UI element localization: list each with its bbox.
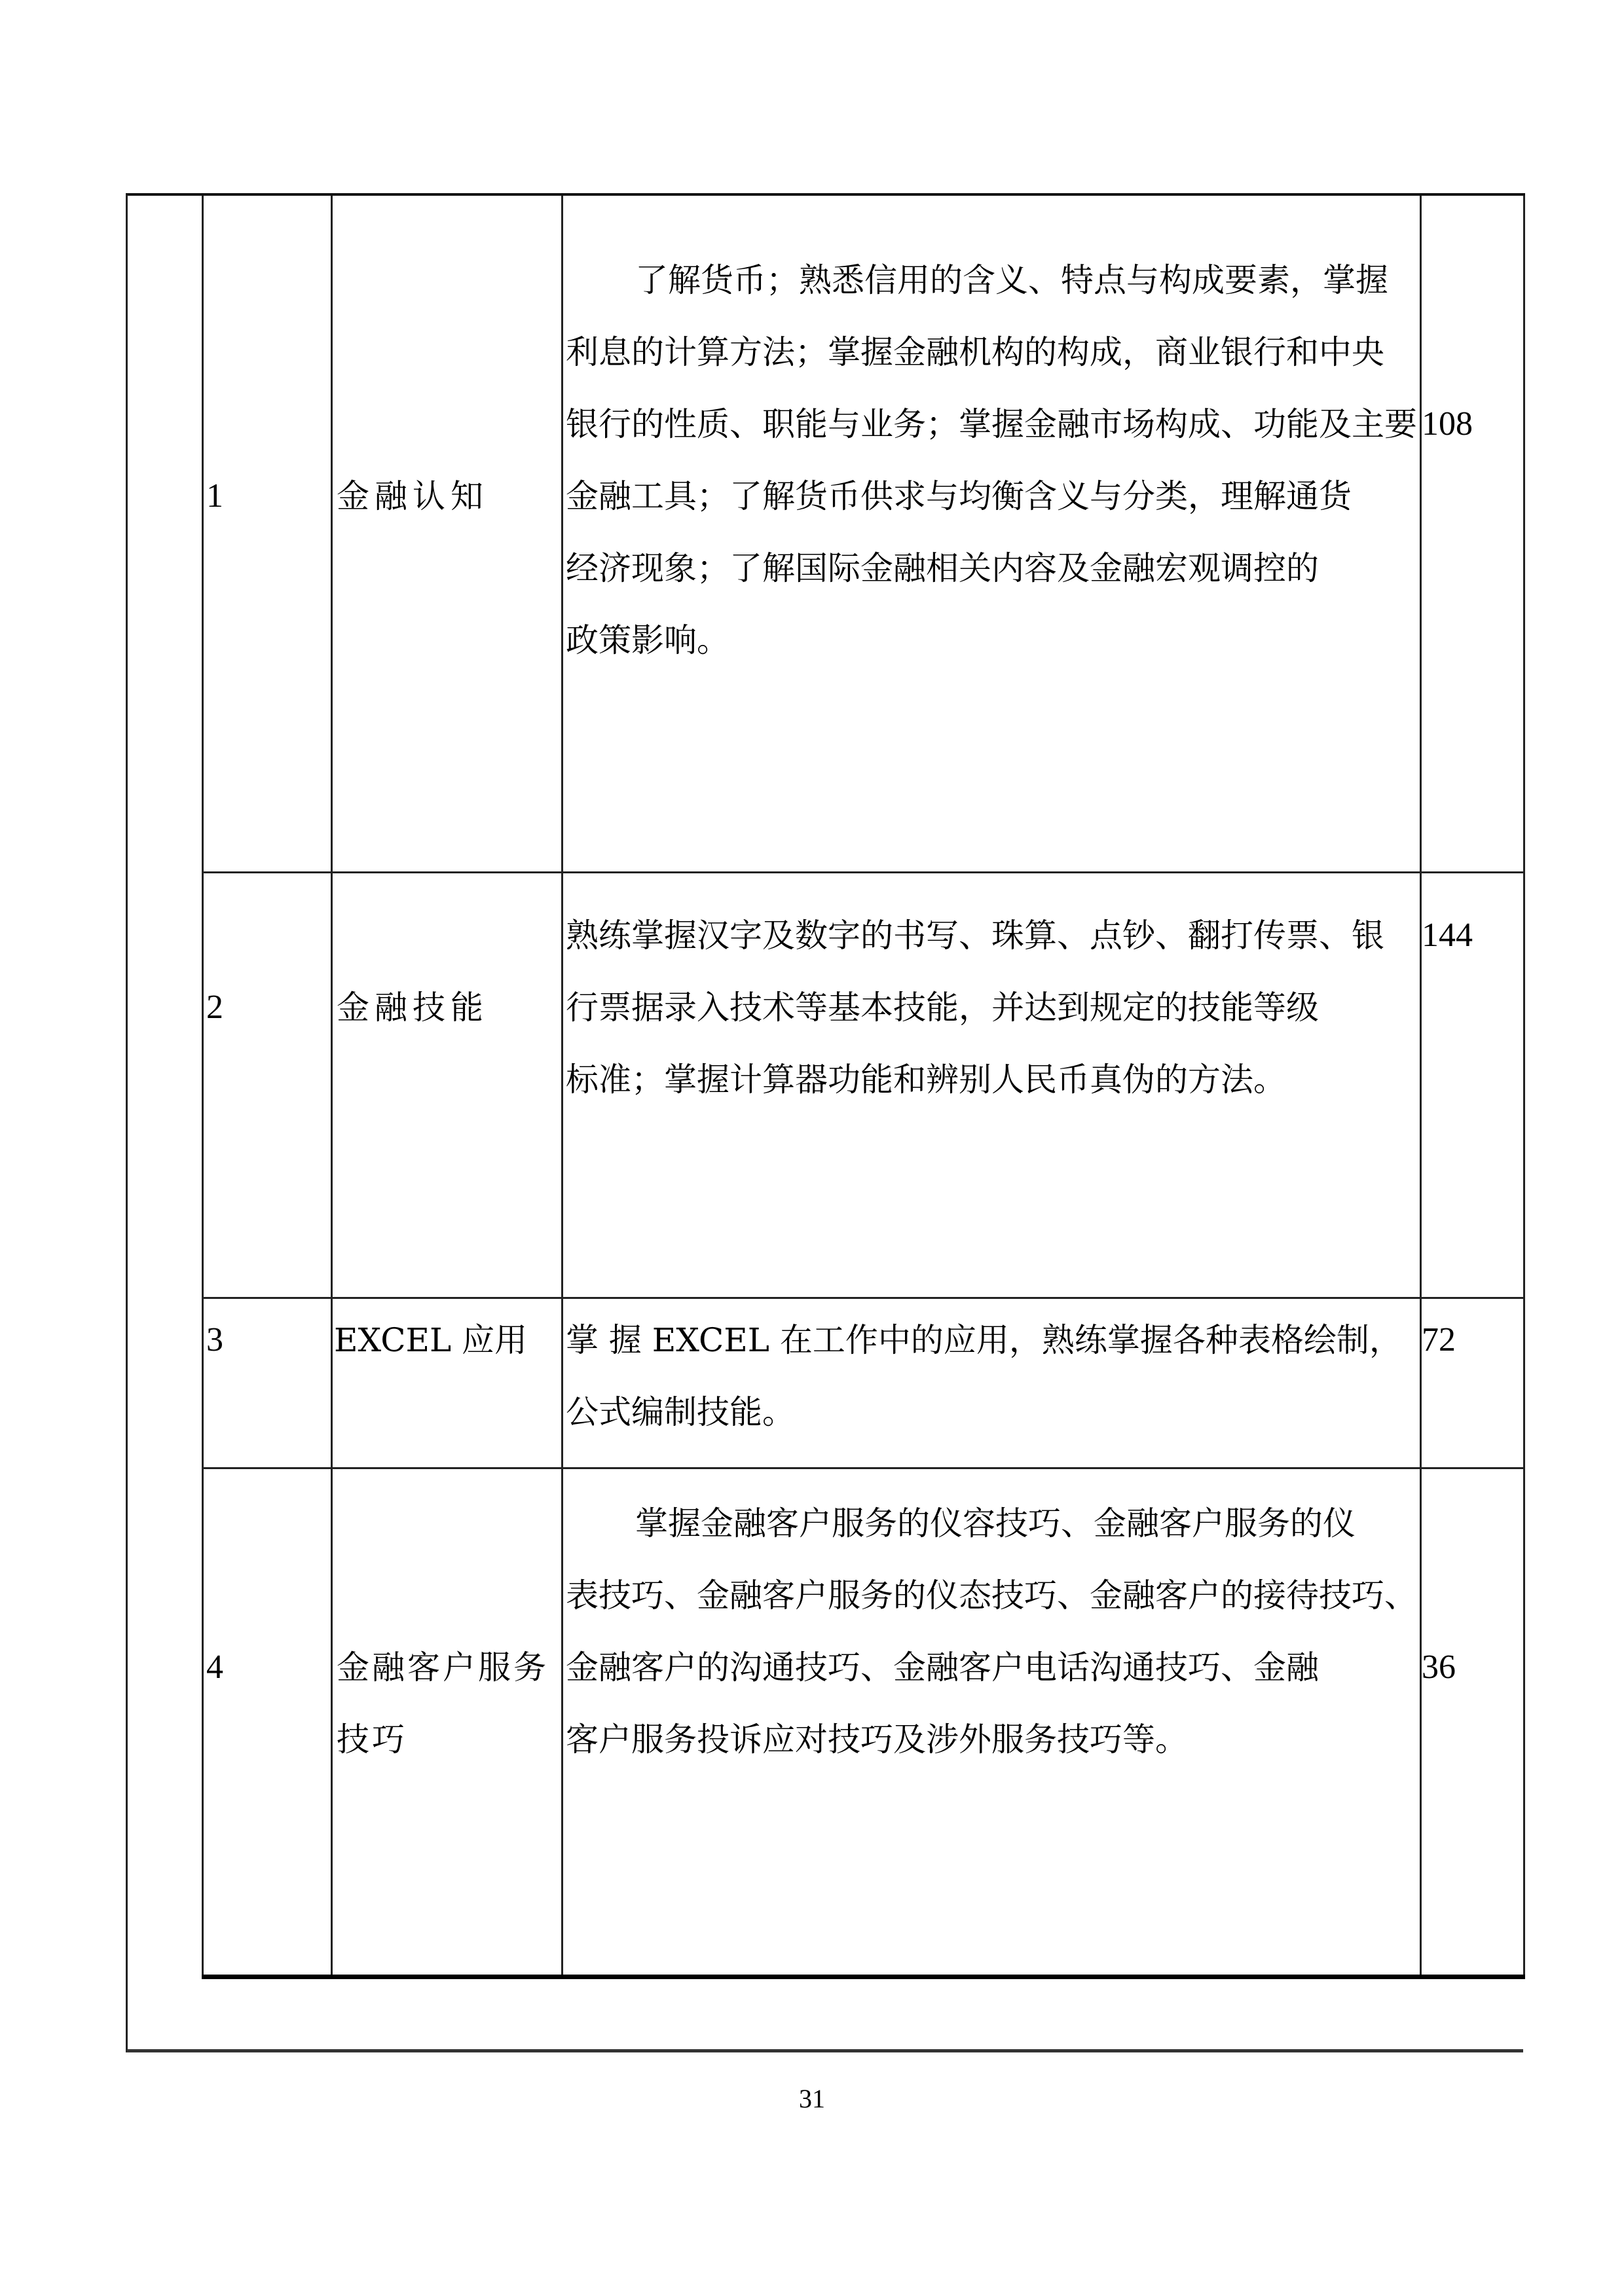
hours-cell: 144 — [1421, 872, 1524, 1298]
description-line: 客户服务投诉应对技巧及涉外服务技巧等。 — [566, 1704, 1188, 1776]
course-name: 金融技能 — [337, 972, 489, 1044]
table-row: 2 金融技能 熟练掌握汉字及数字的书写、珠算、点钞、翻打传票、银 行票据录入技术… — [203, 872, 1524, 1298]
course-cell: 金融客户服务 技巧 — [332, 1468, 563, 1977]
description-line: 银行的性质、职能与业务；掌握金融市场构成、功能及主要 — [566, 388, 1417, 460]
hours-cell: 108 — [1421, 194, 1524, 872]
row-index: 3 — [206, 1304, 223, 1376]
hours-cell: 36 — [1421, 1468, 1524, 1977]
table-row: 4 金融客户服务 技巧 掌握金融客户服务的仪容技巧、金融客户服务的仪 表技巧、金… — [203, 1468, 1524, 1977]
table-row: 3 EXCEL 应用 掌 握 EXCEL 在工作中的应用，熟练掌握各种表格绘制，… — [203, 1298, 1524, 1468]
course-table: 1 金融认知 了解货币；熟悉信用的含义、特点与构成要素，掌握 利息的计算方法；掌… — [202, 193, 1525, 1979]
course-name: 金融认知 — [337, 460, 489, 532]
description-cell: 掌 握 EXCEL 在工作中的应用，熟练掌握各种表格绘制， 公式编制技能。 — [563, 1298, 1421, 1468]
row-index: 1 — [206, 460, 223, 532]
description-line: 金融工具；了解货币供求与均衡含义与分类，理解通货 — [566, 460, 1352, 532]
description-line: 行票据录入技术等基本技能，并达到规定的技能等级 — [566, 972, 1319, 1044]
page-number: 31 — [0, 2083, 1624, 2114]
description-line: 金融客户的沟通技巧、金融客户电话沟通技巧、金融 — [566, 1631, 1319, 1704]
index-cell: 2 — [203, 872, 332, 1298]
course-cell: 金融技能 — [332, 872, 563, 1298]
hours-value: 144 — [1422, 900, 1473, 972]
description-line: 掌握金融客户服务的仪容技巧、金融客户服务的仪 — [635, 1487, 1356, 1559]
description-line: 掌 握 EXCEL 在工作中的应用，熟练掌握各种表格绘制， — [566, 1304, 1402, 1376]
description-line: 表技巧、金融客户服务的仪态技巧、金融客户的接待技巧、 — [566, 1559, 1417, 1631]
index-cell: 1 — [203, 194, 332, 872]
course-name-line: 金融客户服务 — [337, 1631, 549, 1704]
row-index: 4 — [206, 1631, 223, 1704]
description-line: 公式编制技能。 — [566, 1376, 795, 1448]
description-line: 了解货币；熟悉信用的含义、特点与构成要素，掌握 — [635, 244, 1388, 316]
description-cell: 熟练掌握汉字及数字的书写、珠算、点钞、翻打传票、银 行票据录入技术等基本技能，并… — [563, 872, 1421, 1298]
hours-cell: 72 — [1421, 1298, 1524, 1468]
description-cell: 掌握金融客户服务的仪容技巧、金融客户服务的仪 表技巧、金融客户服务的仪态技巧、金… — [563, 1468, 1421, 1977]
description-line: 标准；掌握计算器功能和辨别人民币真伪的方法。 — [566, 1044, 1286, 1116]
course-cell: 金融认知 — [332, 194, 563, 872]
table-row: 1 金融认知 了解货币；熟悉信用的含义、特点与构成要素，掌握 利息的计算方法；掌… — [203, 194, 1524, 872]
index-cell: 3 — [203, 1298, 332, 1468]
description-line: 熟练掌握汉字及数字的书写、珠算、点钞、翻打传票、银 — [566, 900, 1384, 972]
description-line: 利息的计算方法；掌握金融机构的构成，商业银行和中央 — [566, 316, 1384, 388]
hours-value: 36 — [1422, 1631, 1456, 1704]
description-cell: 了解货币；熟悉信用的含义、特点与构成要素，掌握 利息的计算方法；掌握金融机构的构… — [563, 194, 1421, 872]
description-line: 经济现象；了解国际金融相关内容及金融宏观调控的 — [566, 532, 1319, 604]
course-cell: EXCEL 应用 — [332, 1298, 563, 1468]
index-cell: 4 — [203, 1468, 332, 1977]
row-index: 2 — [206, 972, 223, 1044]
hours-value: 108 — [1422, 388, 1473, 460]
description-line: 政策影响。 — [566, 604, 729, 676]
hours-value: 72 — [1422, 1304, 1456, 1376]
course-name: EXCEL 应用 — [334, 1304, 527, 1376]
course-name-line: 技巧 — [337, 1704, 407, 1776]
